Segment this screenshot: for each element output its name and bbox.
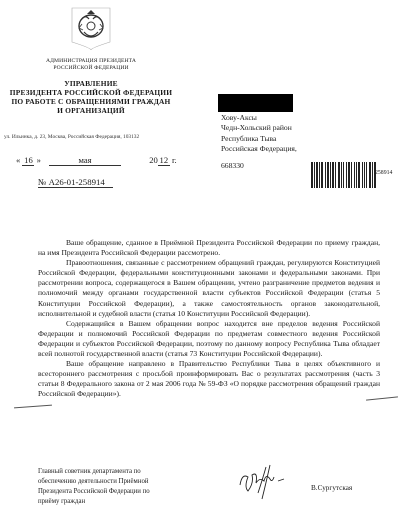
- signer-line-4: приёму граждан: [38, 497, 198, 507]
- recipient-address: Хову-Аксы Чедн-Хольский район Республика…: [221, 113, 297, 171]
- redacted-name-block: [218, 94, 293, 112]
- administration-title: АДМИНИСТРАЦИЯ ПРЕЗИДЕНТА РОССИЙСКОЙ ФЕДЕ…: [0, 58, 182, 72]
- dept-line-4: И ОРГАНИЗАЦИЙ: [0, 106, 182, 115]
- letter-date: « 16 » мая 2012 г.: [16, 155, 177, 166]
- recipient-line-1: Хову-Аксы: [221, 113, 297, 123]
- signer-line-3: Президента Российской Федерации по: [38, 487, 198, 497]
- barcode-number: 258914: [375, 170, 392, 176]
- body-paragraph-3: Содержащийся в Вашем обращении вопрос на…: [38, 319, 380, 359]
- body-paragraph-1: Ваше обращение, сданное в Приёмной Прези…: [38, 238, 380, 258]
- date-year-unit: г.: [172, 155, 177, 165]
- dept-line-2: ПРЕЗИДЕНТА РОССИЙСКОЙ ФЕДЕРАЦИИ: [0, 88, 182, 97]
- handwritten-signature-icon: [236, 463, 296, 503]
- admin-line-2: РОССИЙСКОЙ ФЕДЕРАЦИИ: [0, 65, 182, 72]
- date-quote-close: »: [37, 155, 41, 165]
- body-paragraph-2: Правоотношения, связанные с рассмотрение…: [38, 258, 380, 319]
- coat-of-arms-icon: [70, 6, 112, 50]
- recipient-line-3: Республика Тыва: [221, 134, 297, 144]
- registration-number: № А26-01-258914: [38, 177, 113, 188]
- recipient-zip: 668330: [221, 161, 297, 171]
- sender-address: ул. Ильинка, д. 23, Москва, Российская Ф…: [4, 134, 139, 140]
- recipient-line-4: Российская Федерация,: [221, 144, 297, 154]
- department-title: УПРАВЛЕНИЕ ПРЕЗИДЕНТА РОССИЙСКОЙ ФЕДЕРАЦ…: [0, 79, 182, 115]
- body-paragraph-4: Ваше обращение направлено в Правительств…: [38, 359, 380, 399]
- date-quote-open: «: [16, 155, 20, 165]
- signer-line-2: обеспечению деятельности Приёмной: [38, 477, 198, 487]
- admin-line-1: АДМИНИСТРАЦИЯ ПРЕЗИДЕНТА: [0, 58, 182, 65]
- date-year-prefix: 20: [149, 155, 158, 165]
- pen-mark-left: [14, 405, 52, 409]
- dept-line-1: УПРАВЛЕНИЕ: [0, 79, 182, 88]
- date-month: мая: [49, 155, 121, 166]
- letter-body: Ваше обращение, сданное в Приёмной Прези…: [38, 238, 380, 400]
- recipient-line-2: Чедн-Хольский район: [221, 123, 297, 133]
- date-year-suffix: 12: [158, 155, 170, 166]
- dept-line-3: ПО РАБОТЕ С ОБРАЩЕНИЯМИ ГРАЖДАН: [0, 97, 182, 106]
- signer-line-1: Главный советник департамента по: [38, 467, 198, 477]
- signer-title: Главный советник департамента по обеспеч…: [38, 467, 198, 507]
- date-day: 16: [22, 155, 34, 166]
- signer-name: В.Сургутская: [311, 484, 352, 492]
